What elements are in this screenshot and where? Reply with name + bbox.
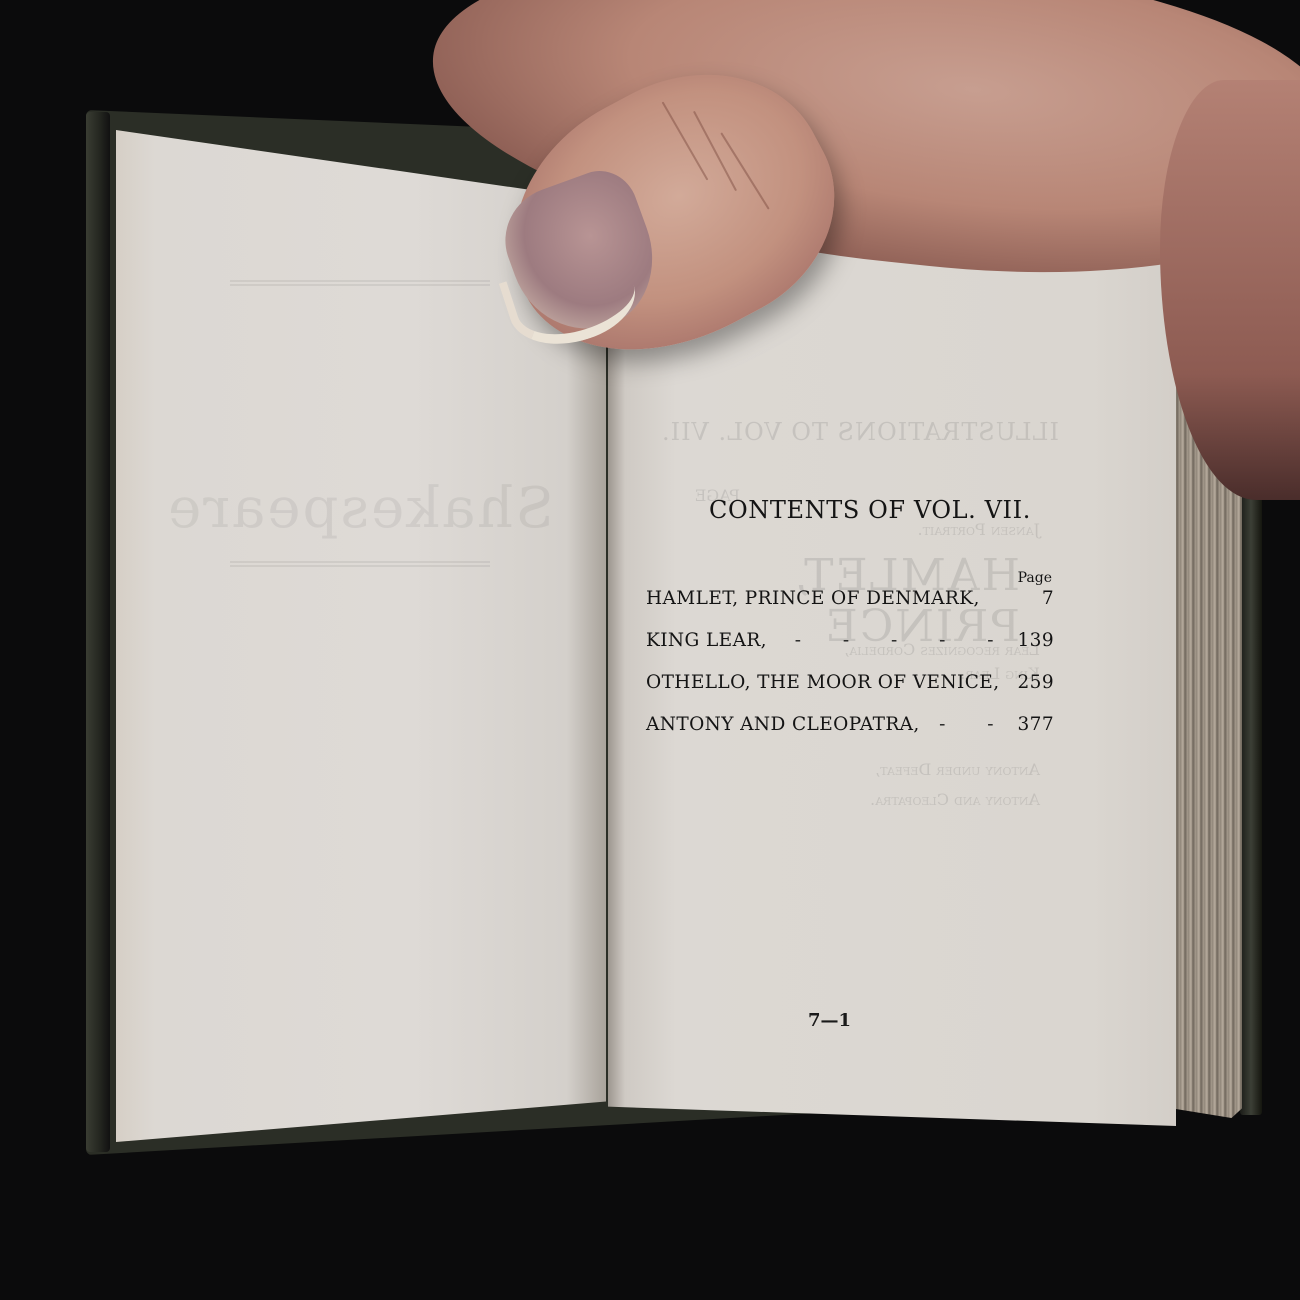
toc-entry-title: ANTONY AND CLEOPATRA, xyxy=(646,712,920,738)
toc-entry-page: 377 xyxy=(1017,712,1054,738)
show-through-large-text: Shakespeare xyxy=(150,476,570,541)
toc-entry-page: 139 xyxy=(1017,628,1054,654)
page-column-label: Page xyxy=(646,570,1054,586)
contents-heading: CONTENTS OF VOL. VII. xyxy=(686,496,1054,524)
table-of-contents: CONTENTS OF VOL. VII. Page HAMLET, PRINC… xyxy=(646,496,1054,754)
toc-entry: ANTONY AND CLEOPATRA, - - 377 xyxy=(646,712,1054,754)
toc-entry: HAMLET, PRINCE OF DENMARK, 7 xyxy=(646,586,1054,628)
toc-leader: - - xyxy=(920,712,1018,738)
ornament xyxy=(230,561,490,597)
toc-entry-title: KING LEAR, xyxy=(646,628,767,654)
toc-entry: KING LEAR, - - - - - 139 xyxy=(646,628,1054,670)
toc-entry: OTHELLO, THE MOOR OF VENICE, 259 xyxy=(646,670,1054,712)
toc-entry-title: OTHELLO, THE MOOR OF VENICE, xyxy=(646,670,1000,696)
toc-entry-title: HAMLET, PRINCE OF DENMARK, xyxy=(646,586,980,612)
toc-leader: - - - - - xyxy=(767,628,1018,654)
book-cover-left-edge xyxy=(86,112,110,1152)
signature-mark: 7—1 xyxy=(808,1010,851,1031)
ornament xyxy=(230,280,490,316)
toc-entry-page: 259 xyxy=(1017,670,1054,696)
photo-scene: Shakespeare Portrait ILLUSTRATIONS TO VO… xyxy=(0,0,1300,1300)
left-page-show-through: Shakespeare xyxy=(150,260,570,1020)
toc-entry-page: 7 xyxy=(1020,586,1054,612)
